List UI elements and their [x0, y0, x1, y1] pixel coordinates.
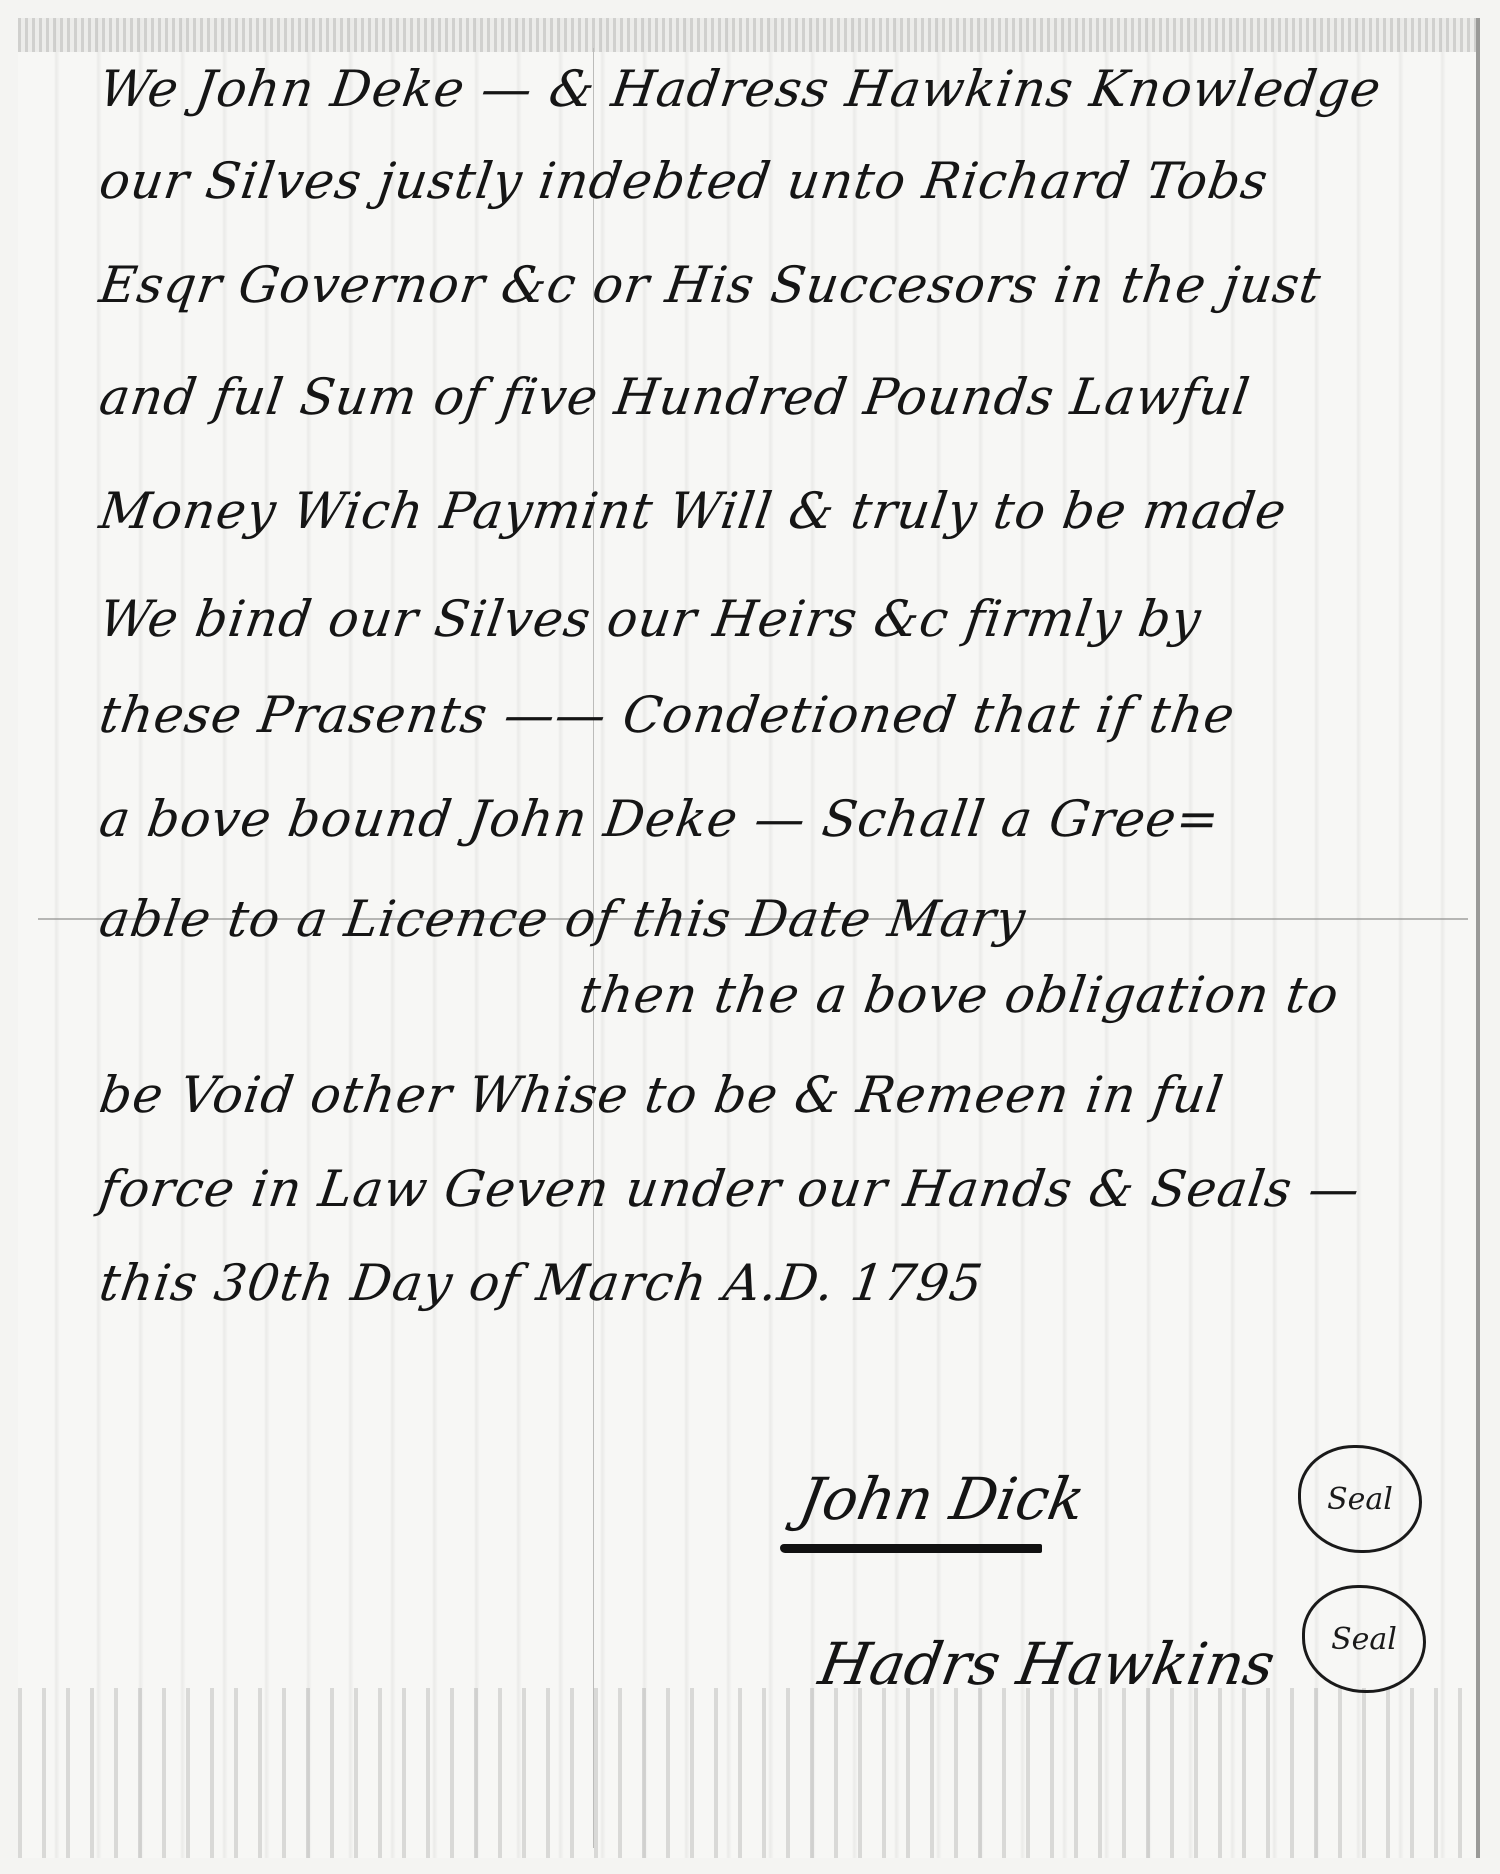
text-line-3: Esqr Governor &c or His Succesors in the…: [96, 256, 1325, 314]
signature-hadrs-hawkins: Hadrs Hawkins: [814, 1630, 1280, 1698]
text-line-10: then the a bove obligation to: [576, 966, 1343, 1024]
fold-crease-vertical: [593, 48, 594, 1848]
text-line-5: Money Wich Paymint Will & truly to be ma…: [96, 482, 1291, 540]
text-line-8: a bove bound John Deke — Schall a Gree=: [96, 790, 1224, 848]
signature-underline-flourish: [780, 1544, 1042, 1553]
text-line-12: force in Law Geven under our Hands & Sea…: [96, 1160, 1364, 1218]
torn-top-edge: [18, 18, 1476, 52]
text-line-6: We bind our Silves our Heirs &c firmly b…: [96, 590, 1205, 648]
text-line-7: these Prasents —— Condetioned that if th…: [96, 686, 1239, 744]
text-line-13: this 30th Day of March A.D. 1795: [96, 1254, 987, 1312]
text-line-1: We John Deke — & Hadress Hawkins Knowled…: [96, 60, 1385, 118]
signature-john-dick: John Dick: [794, 1465, 1090, 1533]
text-line-4: and ful Sum of five Hundred Pounds Lawfu…: [96, 368, 1254, 426]
paper-stain: [18, 1688, 1476, 1858]
text-line-11: be Void other Whise to be & Remeen in fu…: [96, 1066, 1227, 1124]
text-line-2: our Silves justly indebted unto Richard …: [96, 152, 1272, 210]
text-line-9: able to a Licence of this Date Mary: [96, 890, 1030, 948]
